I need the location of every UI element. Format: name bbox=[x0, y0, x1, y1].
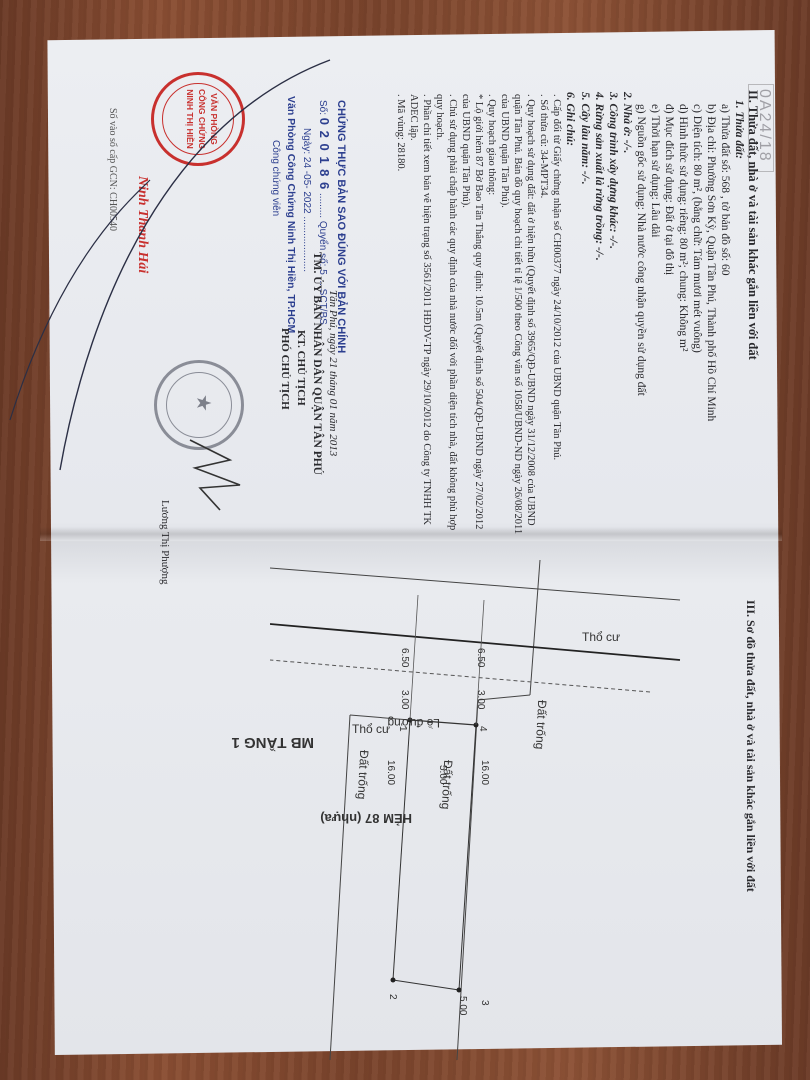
item-perennial-trees: 5. Cây lâu năm: -/-. bbox=[577, 92, 592, 185]
floor-plan-title: MB TẦNG 1 bbox=[232, 735, 315, 750]
note-line: . Phần chi tiết xem bản vẽ hiện trạng số… bbox=[419, 94, 434, 525]
sub-heading-land-plot: 1. Thửa đất: bbox=[731, 100, 746, 159]
note-line: . Mã vùng: 28180. bbox=[393, 94, 408, 171]
plot-number-line: a) Thửa đất số: 568 , tờ bản đồ số: 60 bbox=[717, 104, 732, 275]
plot-diagram bbox=[270, 560, 710, 1060]
pen-stroke bbox=[0, 0, 390, 480]
usage-term-line: e) Thời hạn sử dụng: Lâu dài bbox=[647, 104, 662, 237]
item-forest: 4. Rừng sản xuất là rừng trồng: -/-. bbox=[591, 92, 606, 261]
section-3-heading: III. Sơ đồ thửa đất, nhà ở và tài sản kh… bbox=[743, 600, 758, 892]
dim-road-top: 6.50 bbox=[473, 648, 488, 667]
label-sidewalk: Lề đường bbox=[387, 715, 440, 730]
note-line: . Chủ sử dụng phải chấp hành các quy địn… bbox=[445, 94, 460, 530]
label-dat-trong-3: Đất trống bbox=[354, 750, 372, 800]
usage-origin-line: g) Nguồn gốc sử dụng: Nhà nước công nhận… bbox=[633, 104, 648, 396]
label-tho-cu-bottom: Thổ cư bbox=[352, 722, 390, 737]
dim-setback-bottom: 3.00 bbox=[397, 690, 412, 709]
address-line: b) Địa chỉ: Phường Sơn Kỳ, Quận Tân Phú,… bbox=[703, 104, 718, 421]
label-tho-cu-top: Thổ cư bbox=[582, 630, 620, 645]
note-line: ADEC lập. bbox=[406, 94, 421, 141]
dim-front-width: 5.00 bbox=[435, 765, 450, 784]
dim-top-length: 16.00 bbox=[477, 760, 492, 785]
notes-heading: 6. Ghi chú: bbox=[562, 92, 577, 146]
note-line: . Quy hoạch sử dụng đất: đất ở hiện hữu … bbox=[523, 94, 538, 526]
dim-bottom-length: 16.00 bbox=[383, 760, 398, 785]
note-line: . Cấp đổi từ Giấy chứng nhận số CH00377 … bbox=[549, 94, 564, 460]
corner-3: 3 bbox=[477, 1000, 492, 1006]
item-house: 2. Nhà ở: -/-. bbox=[619, 92, 634, 153]
note-line: của UBND quận Tân Phú). bbox=[497, 94, 512, 208]
note-line: * Lộ giới hẻm 87 Bờ Bao Tân Thắng quy đị… bbox=[471, 94, 486, 529]
note-line: . Quy hoạch giao thông: bbox=[484, 94, 499, 195]
note-line: . Số thửa cũ: 34-MPT34. bbox=[536, 94, 551, 198]
item-other-construction: 3. Công trình xây dựng khác: -/-. bbox=[605, 92, 620, 249]
signer-name: Lương Thị Phượng bbox=[157, 500, 172, 584]
dim-setback-top: 3.00 bbox=[473, 690, 488, 709]
area-line: c) Diện tích: 80 m², (bằng chữ: Tám mươi… bbox=[689, 104, 704, 353]
usage-form-line: d) Hình thức sử dụng: riêng: 80 m²; chun… bbox=[675, 104, 690, 351]
section-2-heading: II. Thửa đất, nhà ở và tài sản khác gắn … bbox=[745, 90, 760, 360]
corner-2: 2 bbox=[385, 994, 400, 1000]
note-line: quy hoạch. bbox=[432, 94, 447, 140]
corner-4: 4 bbox=[475, 726, 490, 732]
dim-back-width: 5.00 bbox=[455, 996, 470, 1015]
usage-purpose-line: đ) Mục đích sử dụng: Đất ở tại đô thị bbox=[661, 104, 676, 275]
label-road: HẺM 87 (nhựa) bbox=[320, 811, 412, 826]
note-line: quận Tân Phú. Bản đồ quy hoạch chi tiết … bbox=[510, 94, 525, 534]
note-line: của UBND quận Tân Phú). bbox=[458, 94, 473, 208]
label-dat-trong-1: Đất trống bbox=[532, 700, 550, 750]
dim-road-bottom: 6.50 bbox=[397, 648, 412, 667]
rotated-document-content: 0A24/18 II. Thửa đất, nhà ở và tài sản k… bbox=[0, 0, 810, 1080]
